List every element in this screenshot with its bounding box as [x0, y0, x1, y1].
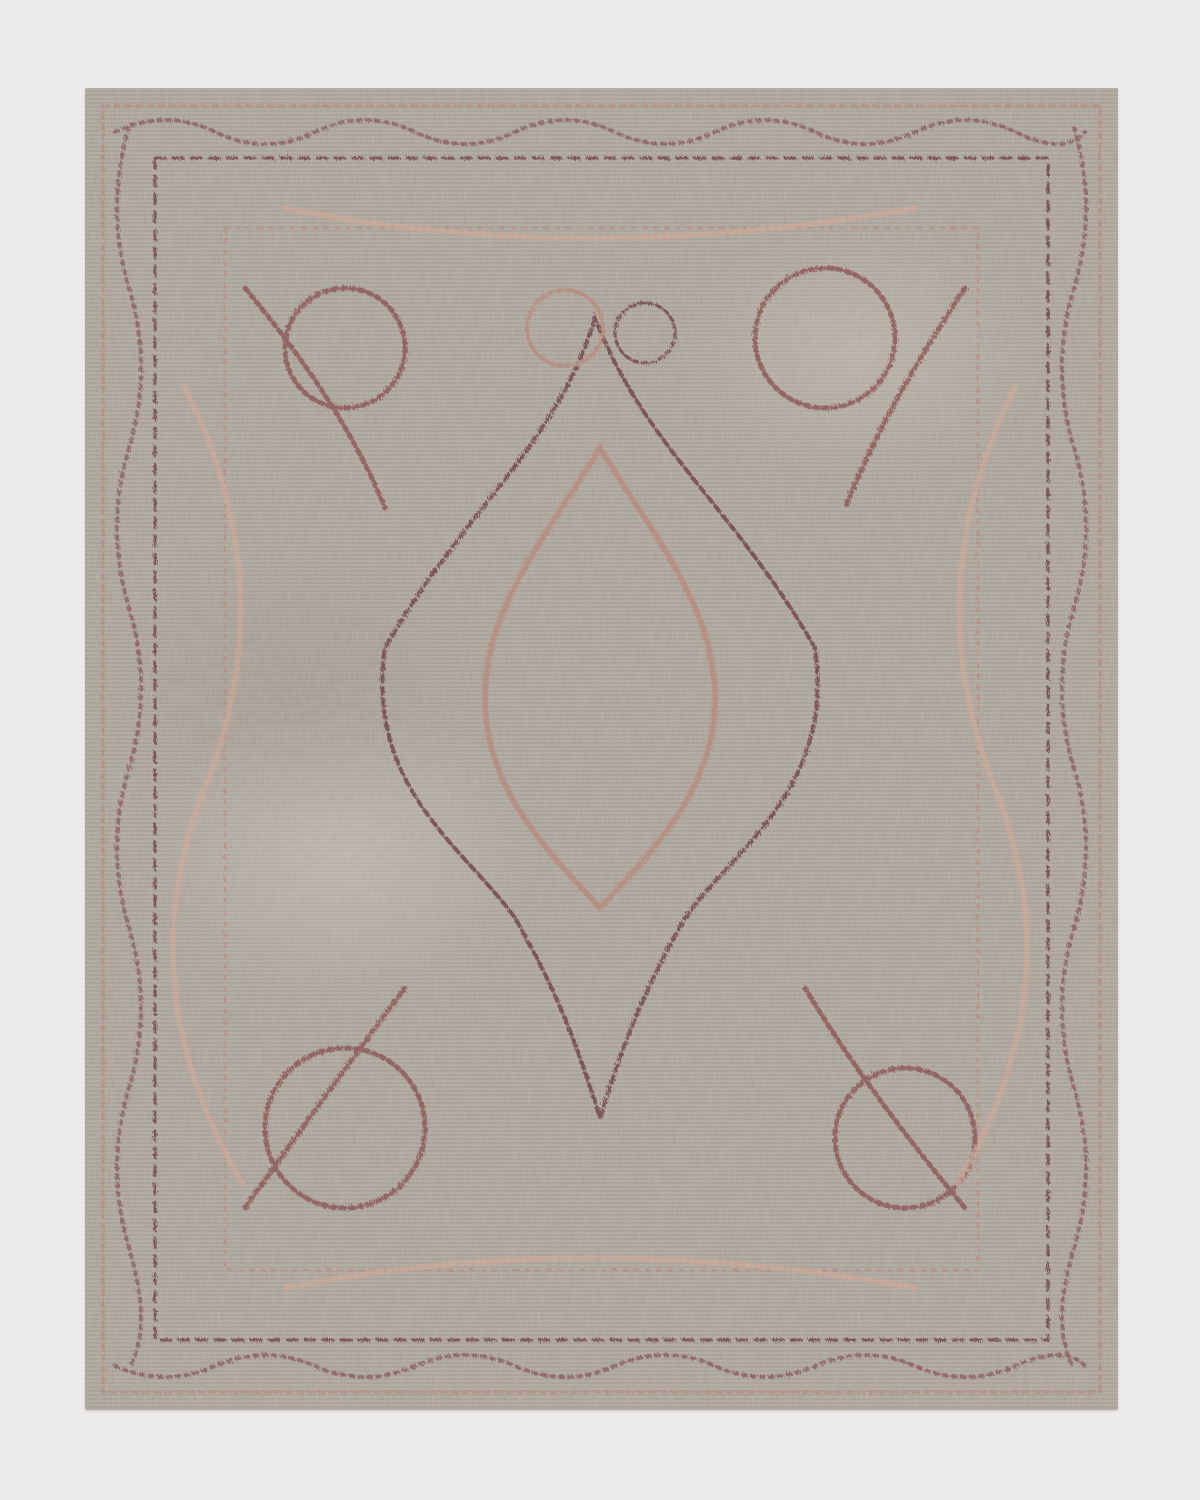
rug-pattern: [85, 88, 1118, 1410]
rug-product-image: [85, 88, 1118, 1410]
